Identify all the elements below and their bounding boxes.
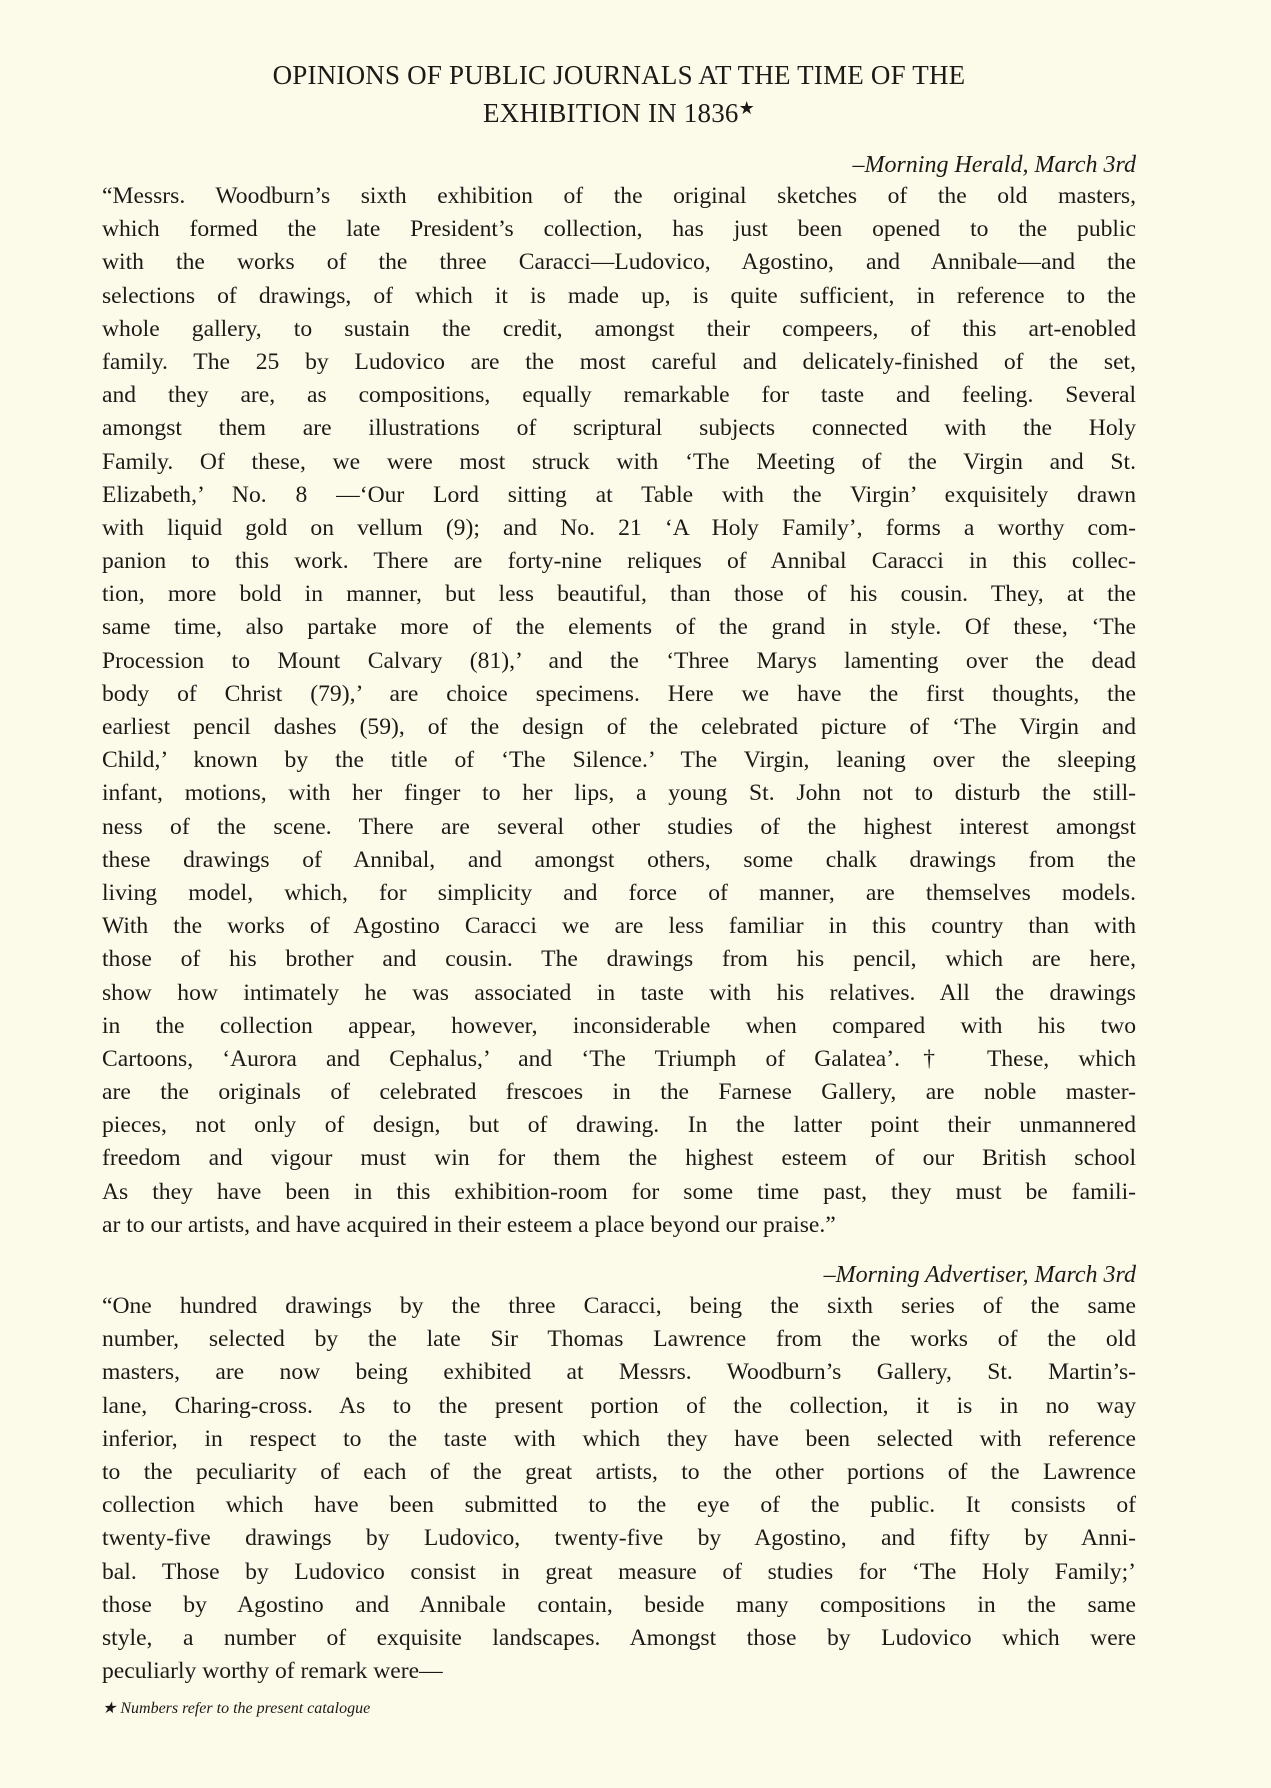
text-line: lane, Charing-cross. As to the present p… — [102, 1390, 1136, 1423]
text-line: ar to our artists, and have acquired in … — [102, 1209, 1136, 1242]
text-line: same time, also partake more of the elem… — [102, 611, 1136, 644]
text-line: selections of drawings, of which it is m… — [102, 280, 1136, 313]
title-line-1: OPINIONS OF PUBLIC JOURNALS AT THE TIME … — [102, 56, 1136, 94]
text-line: style, a number of exquisite landscapes.… — [102, 1622, 1136, 1655]
text-line: these drawings of Annibal, and amongst o… — [102, 844, 1136, 877]
quote-morning-herald: “Messrs. Woodburn’s sixth exhibition of … — [102, 180, 1136, 1242]
text-line: Procession to Mount Calvary (81),’ and t… — [102, 645, 1136, 678]
text-line: infant, motions, with her finger to her … — [102, 777, 1136, 810]
text-line: family. The 25 by Ludovico are the most … — [102, 346, 1136, 379]
text-line: show how intimately he was associated in… — [102, 977, 1136, 1010]
text-line: in the collection appear, however, incon… — [102, 1010, 1136, 1043]
text-line: tion, more bold in manner, but less beau… — [102, 578, 1136, 611]
text-line: to the peculiarity of each of the great … — [102, 1456, 1136, 1489]
text-line: Child,’ known by the title of ‘The Silen… — [102, 744, 1136, 777]
text-line: Elizabeth,’ No. 8 —‘Our Lord sitting at … — [102, 479, 1136, 512]
section-gap — [102, 1242, 1136, 1260]
text-line: number, selected by the late Sir Thomas … — [102, 1323, 1136, 1356]
text-line: amongst them are illustrations of script… — [102, 412, 1136, 445]
footnote: ★ Numbers refer to the present catalogue — [102, 1698, 1136, 1720]
text-line: earliest pencil dashes (59), of the desi… — [102, 711, 1136, 744]
page-title: OPINIONS OF PUBLIC JOURNALS AT THE TIME … — [102, 56, 1136, 132]
text-line: bal. Those by Ludovico consist in great … — [102, 1556, 1136, 1589]
footnote-text: Numbers refer to the present catalogue — [120, 1700, 370, 1717]
text-line: are the originals of celebrated frescoes… — [102, 1076, 1136, 1109]
text-line: “One hundred drawings by the three Carac… — [102, 1290, 1136, 1323]
text-line: which formed the late President’s collec… — [102, 213, 1136, 246]
source-attribution-morning-herald: –Morning Herald, March 3rd — [102, 150, 1136, 180]
title-line-2: EXHIBITION IN 1836★ — [102, 94, 1136, 132]
text-line: collection which have been submitted to … — [102, 1489, 1136, 1522]
text-line: whole gallery, to sustain the credit, am… — [102, 313, 1136, 346]
text-line: with the works of the three Caracci—Ludo… — [102, 246, 1136, 279]
source-attribution-morning-advertiser: –Morning Advertiser, March 3rd — [102, 1260, 1136, 1290]
text-line: and they are, as compositions, equally r… — [102, 379, 1136, 412]
text-line: freedom and vigour must win for them the… — [102, 1142, 1136, 1175]
text-line: With the works of Agostino Caracci we ar… — [102, 910, 1136, 943]
footnote-star-icon: ★ — [102, 1700, 116, 1717]
text-line: body of Christ (79),’ are choice specime… — [102, 678, 1136, 711]
title-line-2-text: EXHIBITION IN 1836 — [483, 98, 739, 128]
text-line: inferior, in respect to the taste with w… — [102, 1423, 1136, 1456]
text-line: As they have been in this exhibition-roo… — [102, 1176, 1136, 1209]
text-line: those by Agostino and Annibale contain, … — [102, 1589, 1136, 1622]
text-line: peculiarly worthy of remark were— — [102, 1655, 1136, 1688]
text-line: Cartoons, ‘Aurora and Cephalus,’ and ‘Th… — [102, 1043, 1136, 1076]
text-line: ness of the scene. There are several oth… — [102, 811, 1136, 844]
text-line: living model, which, for simplicity and … — [102, 877, 1136, 910]
text-line: pieces, not only of design, but of drawi… — [102, 1109, 1136, 1142]
footnote-marker-star: ★ — [739, 98, 755, 118]
text-line: twenty-five drawings by Ludovico, twenty… — [102, 1522, 1136, 1555]
text-line: Family. Of these, we were most struck wi… — [102, 446, 1136, 479]
text-line: panion to this work. There are forty-nin… — [102, 545, 1136, 578]
text-line: those of his brother and cousin. The dra… — [102, 943, 1136, 976]
document-page: OPINIONS OF PUBLIC JOURNALS AT THE TIME … — [102, 56, 1136, 1720]
text-line: masters, are now being exhibited at Mess… — [102, 1356, 1136, 1389]
quote-morning-advertiser: “One hundred drawings by the three Carac… — [102, 1290, 1136, 1688]
text-line: with liquid gold on vellum (9); and No. … — [102, 512, 1136, 545]
text-line: “Messrs. Woodburn’s sixth exhibition of … — [102, 180, 1136, 213]
